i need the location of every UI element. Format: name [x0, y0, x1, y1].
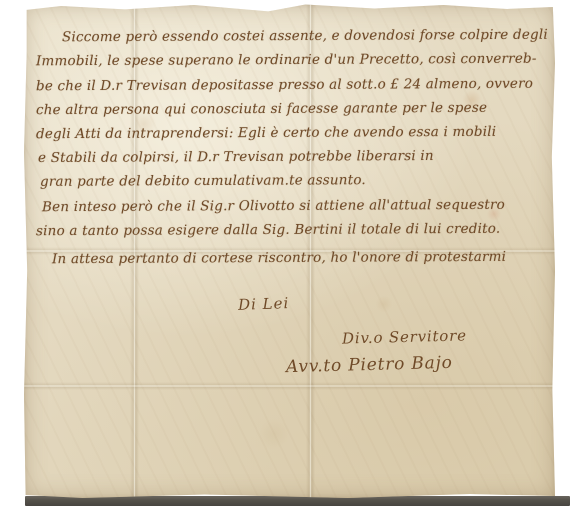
letter-line: Immobili, le spese superano le ordinarie…	[36, 51, 537, 70]
fold-crease-horizontal-lower	[24, 382, 555, 390]
letter-line: sino a tanto possa esigere dalla Sig. Be…	[36, 221, 500, 239]
letter-line: degli Atti da intraprendersi: Egli è cer…	[36, 124, 496, 142]
scanned-letter-photo: Siccome però essendo costei assente, e d…	[0, 0, 582, 508]
letter-line: be che il D.r Trevisan depositasse press…	[36, 76, 533, 95]
scanner-shadow-bar	[25, 496, 570, 506]
letter-line: Ben inteso però che il Sig.r Olivotto si…	[42, 197, 505, 215]
closing-salutation: Di Lei	[238, 294, 290, 314]
paper-sheet: Siccome però essendo costei assente, e d…	[24, 4, 555, 498]
letter-line: Siccome però essendo costei assente, e d…	[62, 27, 548, 46]
letter-line: che altra persona qui conosciuta si face…	[36, 100, 487, 118]
letter-line: e Stabili da colpirsi, il D.r Trevisan p…	[38, 148, 434, 166]
letter-line: gran parte del debito cumulativam.te ass…	[40, 172, 366, 190]
letter-line: In attesa pertanto di cortese riscontro,…	[52, 249, 506, 267]
signature: Avv.to Pietro Bajo	[286, 353, 453, 377]
closing-valediction: Div.o Servitore	[342, 326, 467, 347]
